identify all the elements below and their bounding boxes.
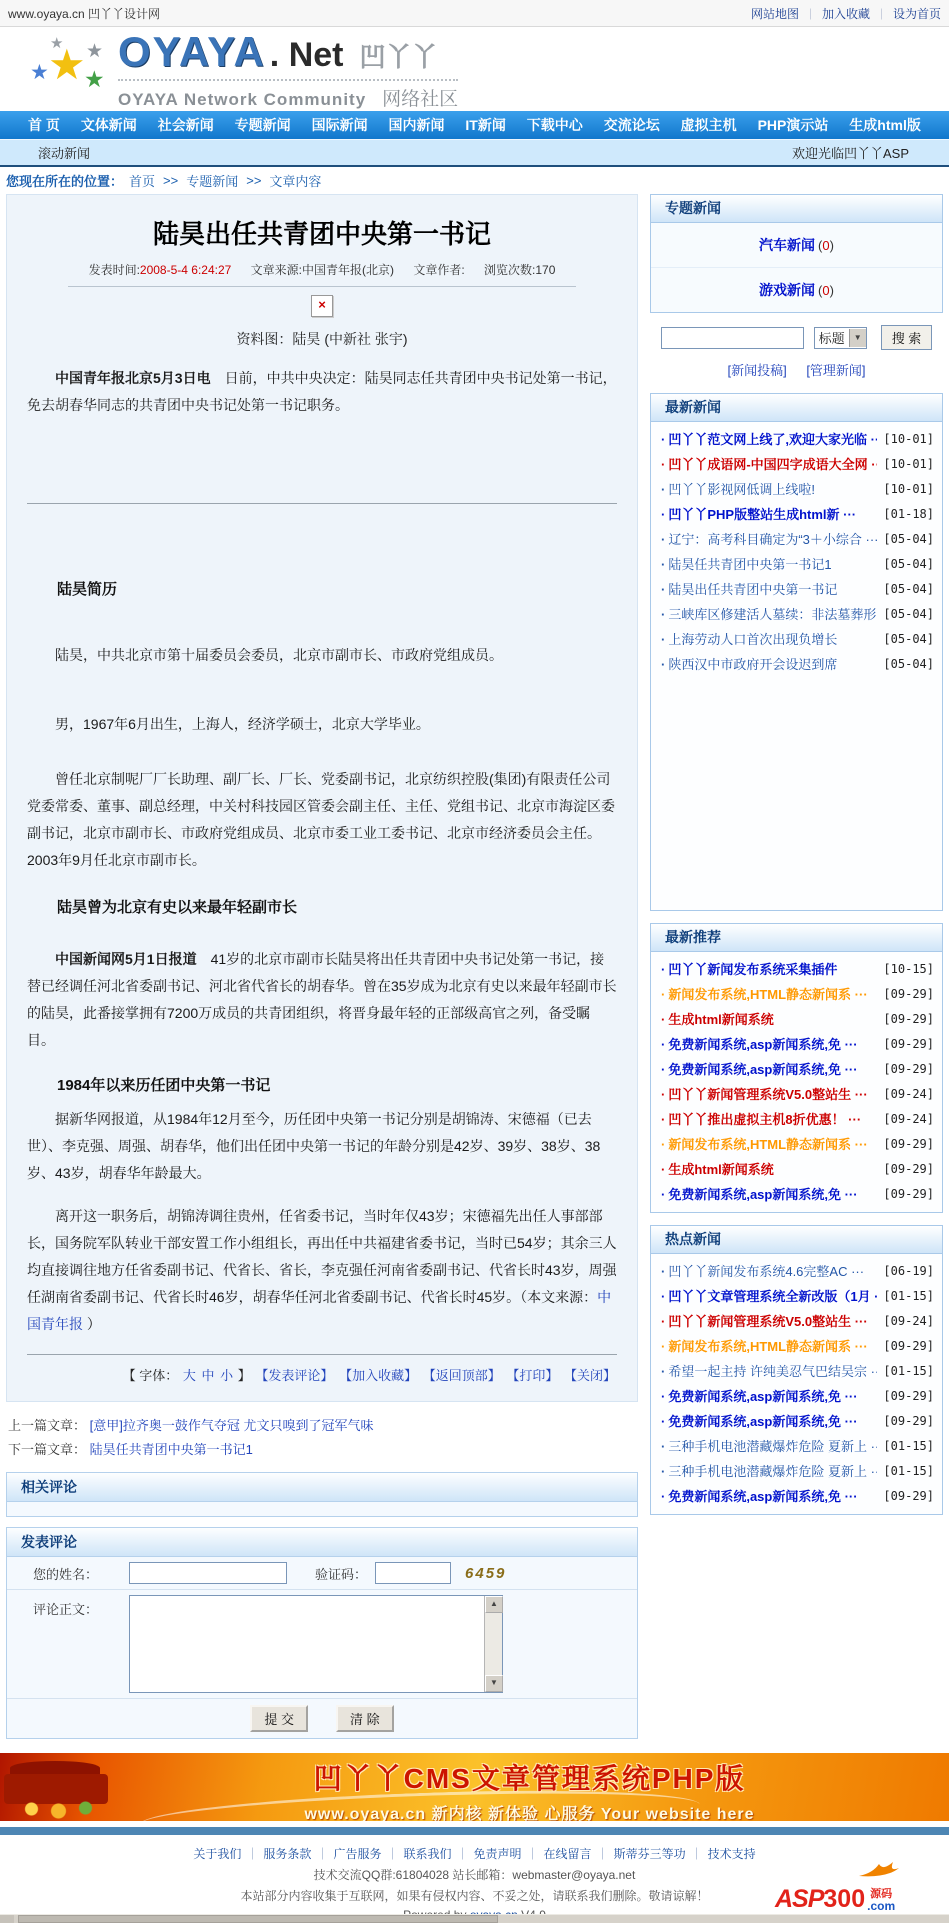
news-date: [09-29] — [883, 1389, 934, 1403]
news-date: [09-24] — [883, 1087, 934, 1101]
news-item: 免费新闻系统,asp新闻系统,免 ··· [09-29] — [661, 1181, 934, 1206]
nav-item[interactable]: 交流论坛 — [604, 115, 660, 135]
breadcrumb-separator: >> — [163, 173, 178, 188]
asp300-logo[interactable]: ASP 300 源码 .com — [775, 1864, 945, 1916]
news-date: [01-15] — [883, 1289, 934, 1303]
horizontal-scrollbar[interactable] — [0, 1914, 949, 1923]
topics-box: 专题新闻 汽车新闻 (0) 游戏新闻 (0) — [650, 194, 943, 313]
topic-item[interactable]: 游戏新闻 (0) — [651, 268, 942, 312]
prev-article-row: 上一篇文章： [意甲]拉齐奥一鼓作气夺冠 尤文只嗅到了冠军气味 — [8, 1414, 638, 1438]
latest-news-title: 最新新闻 — [651, 394, 942, 422]
font-size-medium[interactable]: 中 — [202, 1368, 215, 1383]
footer-divider-bar — [0, 1827, 949, 1835]
scroll-up-icon[interactable]: ▲ — [485, 1596, 503, 1613]
divider — [27, 503, 617, 504]
news-date: [05-04] — [883, 582, 934, 596]
cms-ad-banner[interactable]: 凹丫丫CMS文章管理系统PHP版 www.oyaya.cn 新内核 新体验 心服… — [0, 1753, 949, 1821]
back-to-top-link[interactable]: 【返回顶部】 — [423, 1368, 501, 1383]
article-paragraph: 离开这一职务后，胡锦涛调往贵州，任省委书记，当时年仅43岁；宋德福先出任人事部部… — [27, 1203, 617, 1338]
news-link[interactable]: 新闻发布系统,HTML静态新闻系 ··· — [661, 984, 877, 1003]
news-item: 陕西汉中市政府开会设迟到席 [05-04] — [661, 651, 934, 676]
content: 陆昊出任共青团中央第一书记 发表时间:2008-5-4 6:24:27 文章来源… — [0, 194, 949, 1739]
nav-item[interactable]: 生成html版 — [849, 115, 921, 135]
meta-time: 2008-5-4 6:24:27 — [140, 263, 231, 277]
news-link[interactable]: 辽宁：高考科目确定为“3＋小综合 ··· — [661, 529, 877, 548]
news-link[interactable]: 凹丫丫新闻管理系统V5.0整站生 ··· — [661, 1084, 877, 1103]
asp-text: ASP — [775, 1887, 823, 1912]
latest-news-box: 最新新闻 凹丫丫范文网上线了,欢迎大家光临 ··· [10-01] 凹丫丫成语网… — [650, 393, 943, 911]
site-label: www.oyaya.cn 凹丫丫设计网 — [8, 5, 160, 22]
news-date: [09-29] — [883, 1162, 934, 1176]
scroll-left-icon[interactable] — [0, 1915, 14, 1923]
chevron-down-icon[interactable]: ▼ — [849, 329, 866, 347]
search-input[interactable] — [661, 327, 804, 349]
news-link[interactable]: 陆昊任共青团中央第一书记1 — [661, 554, 877, 573]
news-date: [10-01] — [883, 457, 934, 471]
nav-item[interactable]: 专题新闻 — [235, 115, 291, 135]
news-link[interactable]: 凹丫丫PHP版整站生成html新 ··· — [661, 504, 877, 523]
captcha-value: 6459 — [465, 1565, 506, 1582]
news-link[interactable]: 凹丫丫文章管理系统全新改版（1月 ··· — [661, 1286, 877, 1305]
news-item: 凹丫丫PHP版整站生成html新 ··· [01-18] — [661, 501, 934, 526]
footer-link[interactable]: 斯蒂芬三等功 — [592, 1847, 686, 1861]
top-utility-bar: www.oyaya.cn 凹丫丫设计网 网站地图加入收藏设为首页 — [0, 0, 949, 27]
news-link[interactable]: 免费新闻系统,asp新闻系统,免 ··· — [661, 1486, 877, 1505]
name-label: 您的姓名： — [7, 1564, 129, 1583]
news-item: 免费新闻系统,asp新闻系统,免 ··· [09-29] — [661, 1031, 934, 1056]
news-date: [01-15] — [883, 1364, 934, 1378]
banner-text: 凹丫丫CMS文章管理系统PHP版 www.oyaya.cn 新内核 新体验 心服… — [0, 1757, 949, 1821]
nav-item[interactable]: 国内新闻 — [389, 115, 445, 135]
comment-buttons-row: 提 交 清 除 — [7, 1698, 637, 1738]
star-icon: ★ — [30, 62, 49, 83]
footer-link[interactable]: 广告服务 — [311, 1847, 381, 1861]
news-link[interactable]: 生成html新闻系统 — [661, 1009, 877, 1028]
article-paragraph: 男，1967年6月出生，上海人，经济学硕士，北京大学毕业。 — [27, 711, 617, 738]
news-date: [09-24] — [883, 1112, 934, 1126]
footer: 关于我们服务条款广告服务联系我们免责声明在线留言斯蒂芬三等功技术支持 技术交流Q… — [0, 1835, 949, 1914]
news-item: 陆昊出任共青团中央第一书记 [05-04] — [661, 576, 934, 601]
news-link[interactable]: 凹丫丫成语网-中国四字成语大全网 ··· — [661, 454, 877, 473]
news-date: [01-15] — [883, 1439, 934, 1453]
post-comment-box: 发表评论 您的姓名： 验证码： 6459 评论正文： ▲ ▼ — [6, 1527, 638, 1739]
post-comment-title: 发表评论 — [7, 1528, 637, 1557]
footer-link[interactable]: 免责声明 — [451, 1847, 521, 1861]
news-link[interactable]: 新闻发布系统,HTML静态新闻系 ··· — [661, 1134, 877, 1153]
nav-item[interactable]: 国际新闻 — [312, 115, 368, 135]
news-item: 凹丫丫影视网低调上线啦! [10-01] — [661, 476, 934, 501]
hot-news-box: 热点新闻 凹丫丫新闻发布系统4.6完整AC ··· [06-19] 凹丫丫文章管… — [650, 1225, 943, 1515]
font-size-large[interactable]: 大 — [183, 1368, 196, 1383]
news-date: [01-15] — [883, 1464, 934, 1478]
article: 陆昊出任共青团中央第一书记 发表时间:2008-5-4 6:24:27 文章来源… — [6, 194, 638, 1402]
news-item: 陆昊任共青团中央第一书记1 [05-04] — [661, 551, 934, 576]
topbar-link[interactable]: 加入收藏 — [799, 5, 870, 22]
article-image: × — [27, 295, 617, 322]
news-link[interactable]: 免费新闻系统,asp新闻系统,免 ··· — [661, 1059, 877, 1078]
news-item: 免费新闻系统,asp新闻系统,免 ··· [09-29] — [661, 1383, 934, 1408]
textarea-scrollbar[interactable]: ▲ ▼ — [484, 1596, 502, 1692]
hot-news-title: 热点新闻 — [651, 1226, 942, 1254]
close-link[interactable]: 【关闭】 — [564, 1368, 616, 1383]
news-date: [09-24] — [883, 1314, 934, 1328]
scroll-down-icon[interactable]: ▼ — [485, 1675, 503, 1692]
hot-news-list: 凹丫丫新闻发布系统4.6完整AC ··· [06-19] 凹丫丫文章管理系统全新… — [651, 1254, 942, 1514]
prev-next-nav: 上一篇文章： [意甲]拉齐奥一鼓作气夺冠 尤文只嗅到了冠军气味 下一篇文章： 陆… — [8, 1414, 638, 1462]
next-article-link[interactable]: 陆昊任共青团中央第一书记1 — [90, 1442, 253, 1457]
topics-list: 汽车新闻 (0) 游戏新闻 (0) — [651, 223, 942, 312]
footer-link[interactable]: 关于我们 — [193, 1847, 241, 1861]
next-article-row: 下一篇文章： 陆昊任共青团中央第一书记1 — [8, 1438, 638, 1462]
news-item: 三峡库区修建活人墓续：非法墓葬形 ··· [05-04] — [661, 601, 934, 626]
news-date: [05-04] — [883, 607, 934, 621]
breadcrumb: 您现在所在的位置： 首页 >> 专题新闻 >> 文章内容 — [0, 167, 949, 194]
asp-com: .com — [867, 1900, 895, 1912]
article-title: 陆昊出任共青团中央第一书记 — [27, 217, 617, 251]
logo-bar: ★ ★ ★ ★ ★ OYAYA . Net 凹丫丫 OYAYA Network … — [0, 27, 949, 111]
news-link[interactable]: 陆昊出任共青团中央第一书记 — [661, 579, 877, 598]
article-controls: 【 字体： 大 中 小 】 【发表评论】 【加入收藏】 【返回顶部】 【打印】 … — [27, 1365, 617, 1387]
banner-tagline: www.oyaya.cn 新内核 新体验 心服务 Your website he… — [110, 1801, 949, 1821]
select-value: 标题 — [815, 328, 849, 347]
news-date: [09-29] — [883, 1414, 934, 1428]
news-item: 新闻发布系统,HTML静态新闻系 ··· [09-29] — [661, 981, 934, 1006]
divider — [27, 1354, 617, 1355]
news-item: 凹丫丫新闻管理系统V5.0整站生 ··· [09-24] — [661, 1308, 934, 1333]
news-link[interactable]: 三种手机电池潜藏爆炸危险 夏新上 ··· — [661, 1436, 877, 1455]
search-field-select[interactable]: 标题 ▼ — [814, 327, 867, 349]
scrolling-news-label: 滚动新闻 — [38, 143, 90, 162]
news-date: [09-29] — [883, 1012, 934, 1026]
news-date: [09-29] — [883, 1062, 934, 1076]
news-link[interactable]: 免费新闻系统,asp新闻系统,免 ··· — [661, 1184, 877, 1203]
news-item: 凹丫丫文章管理系统全新改版（1月 ··· [01-15] — [661, 1283, 934, 1308]
news-link[interactable]: 凹丫丫新闻管理系统V5.0整站生 ··· — [661, 1311, 877, 1330]
news-link[interactable]: 凹丫丫影视网低调上线啦! — [661, 479, 877, 498]
meta-time-label: 发表时间: — [89, 263, 140, 277]
footer-link[interactable]: 服务条款 — [241, 1847, 311, 1861]
article-paragraph: 中国新闻网5月1日报道 41岁的北京市副市长陆昊将出任共青团中央书记处第一书记，… — [27, 946, 617, 1054]
flame-icon — [857, 1860, 901, 1878]
news-date: [09-29] — [883, 1339, 934, 1353]
news-date: [09-29] — [883, 1489, 934, 1503]
news-item: 新闻发布系统,HTML静态新闻系 ··· [09-29] — [661, 1131, 934, 1156]
manage-news-link[interactable]: [管理新闻] — [806, 363, 865, 378]
paragraph-lead: 中国青年报北京5月3日电 — [55, 370, 211, 386]
meta-source-label: 文章来源: — [251, 263, 302, 277]
news-item: 三种手机电池潜藏爆炸危险 夏新上 ··· [01-15] — [661, 1458, 934, 1483]
news-link[interactable]: 凹丫丫范文网上线了,欢迎大家光临 ··· — [661, 429, 877, 448]
star-icon: ★ — [86, 42, 103, 61]
submit-news-link[interactable]: [新闻投稿] — [727, 363, 786, 378]
news-item: 凹丫丫新闻发布系统采集插件 [10-15] — [661, 956, 934, 981]
star-icon: ★ — [84, 68, 105, 91]
logo-subtitle: OYAYA Network Community — [118, 90, 366, 110]
search-area: 标题 ▼ 搜 索 [新闻投稿] [管理新闻] — [650, 325, 943, 379]
article-paragraph: 中国青年报北京5月3日电 日前，中共中央决定：陆昊同志任共青团中央书记处第一书记… — [27, 365, 617, 419]
nav-item[interactable]: 社会新闻 — [158, 115, 214, 135]
news-item: 三种手机电池潜藏爆炸危险 夏新上 ··· [01-15] — [661, 1433, 934, 1458]
topbar-link[interactable]: 网站地图 — [751, 5, 799, 22]
news-date: [09-29] — [883, 1187, 934, 1201]
news-item: 上海劳动人口首次出现负增长 [05-04] — [661, 626, 934, 651]
news-link[interactable]: 三种手机电池潜藏爆炸危险 夏新上 ··· — [661, 1461, 877, 1480]
news-date: [06-19] — [883, 1264, 934, 1278]
related-comments-box: 相关评论 — [6, 1472, 638, 1517]
breadcrumb-label: 您现在所在的位置： — [6, 171, 123, 190]
meta-views: 170 — [535, 263, 555, 277]
news-item: 希望一起主持 许纯美忍气巴结吴宗 ··· [01-15] — [661, 1358, 934, 1383]
news-link[interactable]: 生成html新闻系统 — [661, 1159, 877, 1178]
logo-cn-subtitle: 网络社区 — [382, 84, 458, 111]
article-paragraph: 陆昊，中共北京市第十届委员会委员，北京市副市长、市政府党组成员。 — [27, 642, 617, 669]
news-link[interactable]: 免费新闻系统,asp新闻系统,免 ··· — [661, 1411, 877, 1430]
captcha-label: 验证码： — [315, 1564, 367, 1583]
recommend-title: 最新推荐 — [651, 924, 942, 952]
recommend-list: 凹丫丫新闻发布系统采集插件 [10-15] 新闻发布系统,HTML静态新闻系 ·… — [651, 952, 942, 1212]
topic-link[interactable]: 游戏新闻 — [759, 280, 815, 300]
related-comments-title: 相关评论 — [7, 1473, 637, 1502]
footer-link[interactable]: 联系我们 — [381, 1847, 451, 1861]
nav-item[interactable]: 首 页 — [28, 115, 60, 135]
article-subheading: 陆昊曾为北京有史以来最年轻副市长 — [27, 896, 617, 920]
breadcrumb-current: 文章内容 — [269, 171, 321, 190]
nav-item[interactable]: 虚拟主机 — [681, 115, 737, 135]
news-item: 凹丫丫新闻管理系统V5.0整站生 ··· [09-24] — [661, 1081, 934, 1106]
news-date: [09-29] — [883, 1037, 934, 1051]
news-link[interactable]: 凹丫丫新闻发布系统采集插件 — [661, 959, 877, 978]
nav-item[interactable]: IT新闻 — [465, 115, 505, 135]
footer-links: 关于我们服务条款广告服务联系我们免责声明在线留言斯蒂芬三等功技术支持 — [0, 1845, 949, 1862]
related-comments-empty — [7, 1502, 637, 1516]
meta-source: 中国青年报(北京) — [302, 263, 394, 277]
logo-wordmark: OYAYA — [118, 28, 266, 76]
topic-link[interactable]: 汽车新闻 — [759, 235, 815, 255]
name-input[interactable] — [129, 1562, 287, 1584]
search-button[interactable]: 搜 索 — [881, 325, 933, 350]
footer-link[interactable]: 在线留言 — [522, 1847, 592, 1861]
news-item: 辽宁：高考科目确定为“3＋小综合 ··· [05-04] — [661, 526, 934, 551]
news-date: [01-18] — [883, 507, 934, 521]
banner-headline: 凹丫丫CMS文章管理系统PHP版 — [110, 1757, 949, 1797]
news-item: 免费新闻系统,asp新闻系统,免 ··· [09-29] — [661, 1056, 934, 1081]
news-item: 生成html新闻系统 [09-29] — [661, 1006, 934, 1031]
article-subheading: 陆昊简历 — [27, 578, 617, 602]
font-size-small[interactable]: 小 — [220, 1368, 233, 1383]
news-link[interactable]: 新闻发布系统,HTML静态新闻系 ··· — [661, 1336, 877, 1355]
news-item: 新闻发布系统,HTML静态新闻系 ··· [09-29] — [661, 1333, 934, 1358]
news-date: [10-15] — [883, 962, 934, 976]
image-caption: 资料图：陆昊 (中新社 张宇) — [27, 327, 617, 351]
comment-body-row: 评论正文： ▲ ▼ — [7, 1589, 637, 1698]
nav-item[interactable]: 文体新闻 — [81, 115, 137, 135]
latest-news-list: 凹丫丫范文网上线了,欢迎大家光临 ··· [10-01] 凹丫丫成语网-中国四字… — [651, 422, 942, 910]
next-article-label: 下一篇文章： — [8, 1442, 86, 1457]
news-link[interactable]: 凹丫丫推出虚拟主机8折优惠！ ··· — [661, 1109, 877, 1128]
logo-cn: 凹丫丫 — [359, 37, 437, 74]
news-item: 凹丫丫成语网-中国四字成语大全网 ··· [10-01] — [661, 451, 934, 476]
topic-item[interactable]: 汽车新闻 (0) — [651, 223, 942, 268]
clear-button[interactable]: 清 除 — [336, 1705, 394, 1732]
topic-count: (0) — [818, 238, 834, 253]
news-item: 凹丫丫推出虚拟主机8折优惠！ ··· [09-24] — [661, 1106, 934, 1131]
article-paragraph: 据新华网报道，从1984年12月至今，历任团中央第一书记分别是胡锦涛、宋德福（已… — [27, 1106, 617, 1187]
comment-name-row: 您的姓名： 验证码： 6459 — [7, 1557, 637, 1589]
news-item: 生成html新闻系统 [09-29] — [661, 1156, 934, 1181]
news-link[interactable]: 免费新闻系统,asp新闻系统,免 ··· — [661, 1034, 877, 1053]
paragraph-lead: 中国新闻网5月1日报道 — [55, 951, 197, 967]
news-date: [05-04] — [883, 532, 934, 546]
news-date: [09-29] — [883, 1137, 934, 1151]
print-link[interactable]: 【打印】 — [506, 1368, 558, 1383]
broken-image-icon: × — [311, 295, 333, 317]
topics-title: 专题新闻 — [651, 195, 942, 223]
news-link[interactable]: 陕西汉中市政府开会设迟到席 — [661, 654, 877, 673]
comment-textarea[interactable] — [130, 1596, 484, 1692]
footer-link[interactable]: 技术支持 — [686, 1847, 756, 1861]
news-date: [10-01] — [883, 432, 934, 446]
news-link[interactable]: 希望一起主持 许纯美忍气巴结吴宗 ··· — [661, 1361, 877, 1380]
news-link[interactable]: 凹丫丫新闻发布系统4.6完整AC ··· — [661, 1261, 877, 1280]
news-link[interactable]: 免费新闻系统,asp新闻系统,免 ··· — [661, 1386, 877, 1405]
topbar-link[interactable]: 设为首页 — [870, 5, 941, 22]
nav-item[interactable]: PHP演示站 — [758, 115, 829, 135]
news-link[interactable]: 上海劳动人口首次出现负增长 — [661, 629, 877, 648]
prev-article-link[interactable]: [意甲]拉齐奥一鼓作气夺冠 尤文只嗅到了冠军气味 — [90, 1418, 374, 1433]
news-item: 免费新闻系统,asp新闻系统,免 ··· [09-29] — [661, 1408, 934, 1433]
logo-text: OYAYA . Net 凹丫丫 OYAYA Network Community … — [118, 28, 458, 111]
article-meta: 发表时间:2008-5-4 6:24:27 文章来源:中国青年报(北京) 文章作… — [68, 261, 575, 287]
meta-views-label: 浏览次数: — [484, 263, 535, 277]
news-date: [10-01] — [883, 482, 934, 496]
main-nav: 首 页文体新闻社会新闻专题新闻国际新闻国内新闻IT新闻下载中心交流论坛虚拟主机P… — [0, 111, 949, 139]
logo-stars-icon: ★ ★ ★ ★ ★ — [30, 36, 118, 102]
sidebar: 专题新闻 汽车新闻 (0) 游戏新闻 (0) — [650, 194, 943, 1527]
news-date: [05-04] — [883, 557, 934, 571]
article-paragraph: 曾任北京制呢厂厂长助理、副厂长、厂长、党委副书记，北京纺织控股(集团)有限责任公… — [27, 766, 617, 874]
breadcrumb-separator: >> — [246, 173, 261, 188]
welcome-label: 欢迎光临凹丫丫ASP — [792, 143, 909, 162]
meta-author-label: 文章作者: — [413, 263, 464, 277]
news-date: [05-04] — [883, 632, 934, 646]
article-subheading: 1984年以来历任团中央第一书记 — [27, 1074, 617, 1098]
submit-button[interactable]: 提 交 — [250, 1705, 308, 1732]
asp-number: 300 — [823, 1887, 865, 1912]
article-column: 陆昊出任共青团中央第一书记 发表时间:2008-5-4 6:24:27 文章来源… — [6, 194, 638, 1739]
star-icon: ★ — [48, 44, 86, 86]
news-item: 凹丫丫范文网上线了,欢迎大家光临 ··· [10-01] — [661, 426, 934, 451]
recommend-box: 最新推荐 凹丫丫新闻发布系统采集插件 [10-15] 新闻发布系统,HTML静态… — [650, 923, 943, 1213]
comment-body-label: 评论正文： — [7, 1595, 129, 1618]
font-size-label: 【 字体： — [123, 1368, 179, 1383]
breadcrumb-section[interactable]: 专题新闻 — [186, 171, 238, 190]
breadcrumb-home[interactable]: 首页 — [129, 171, 155, 190]
captcha-input[interactable] — [375, 1562, 451, 1584]
news-date: [09-29] — [883, 987, 934, 1001]
news-item: 凹丫丫新闻发布系统4.6完整AC ··· [06-19] — [661, 1258, 934, 1283]
add-favorite-link[interactable]: 【加入收藏】 — [339, 1368, 417, 1383]
sub-bar: 滚动新闻 欢迎光临凹丫丫ASP — [0, 139, 949, 167]
news-item: 免费新闻系统,asp新闻系统,免 ··· [09-29] — [661, 1483, 934, 1508]
news-date: [05-04] — [883, 657, 934, 671]
topbar-links: 网站地图加入收藏设为首页 — [751, 5, 941, 22]
news-link[interactable]: 三峡库区修建活人墓续：非法墓葬形 ··· — [661, 604, 877, 623]
post-comment-link[interactable]: 【发表评论】 — [255, 1368, 333, 1383]
bracket: 】 — [238, 1368, 251, 1383]
scrollbar-thumb[interactable] — [18, 1915, 498, 1923]
logo-net: . Net — [270, 36, 344, 75]
comment-textarea-wrap: ▲ ▼ — [129, 1595, 503, 1693]
topic-count: (0) — [818, 283, 834, 298]
page: www.oyaya.cn 凹丫丫设计网 网站地图加入收藏设为首页 ★ ★ ★ ★… — [0, 0, 949, 1923]
nav-item[interactable]: 下载中心 — [527, 115, 583, 135]
prev-article-label: 上一篇文章： — [8, 1418, 86, 1433]
